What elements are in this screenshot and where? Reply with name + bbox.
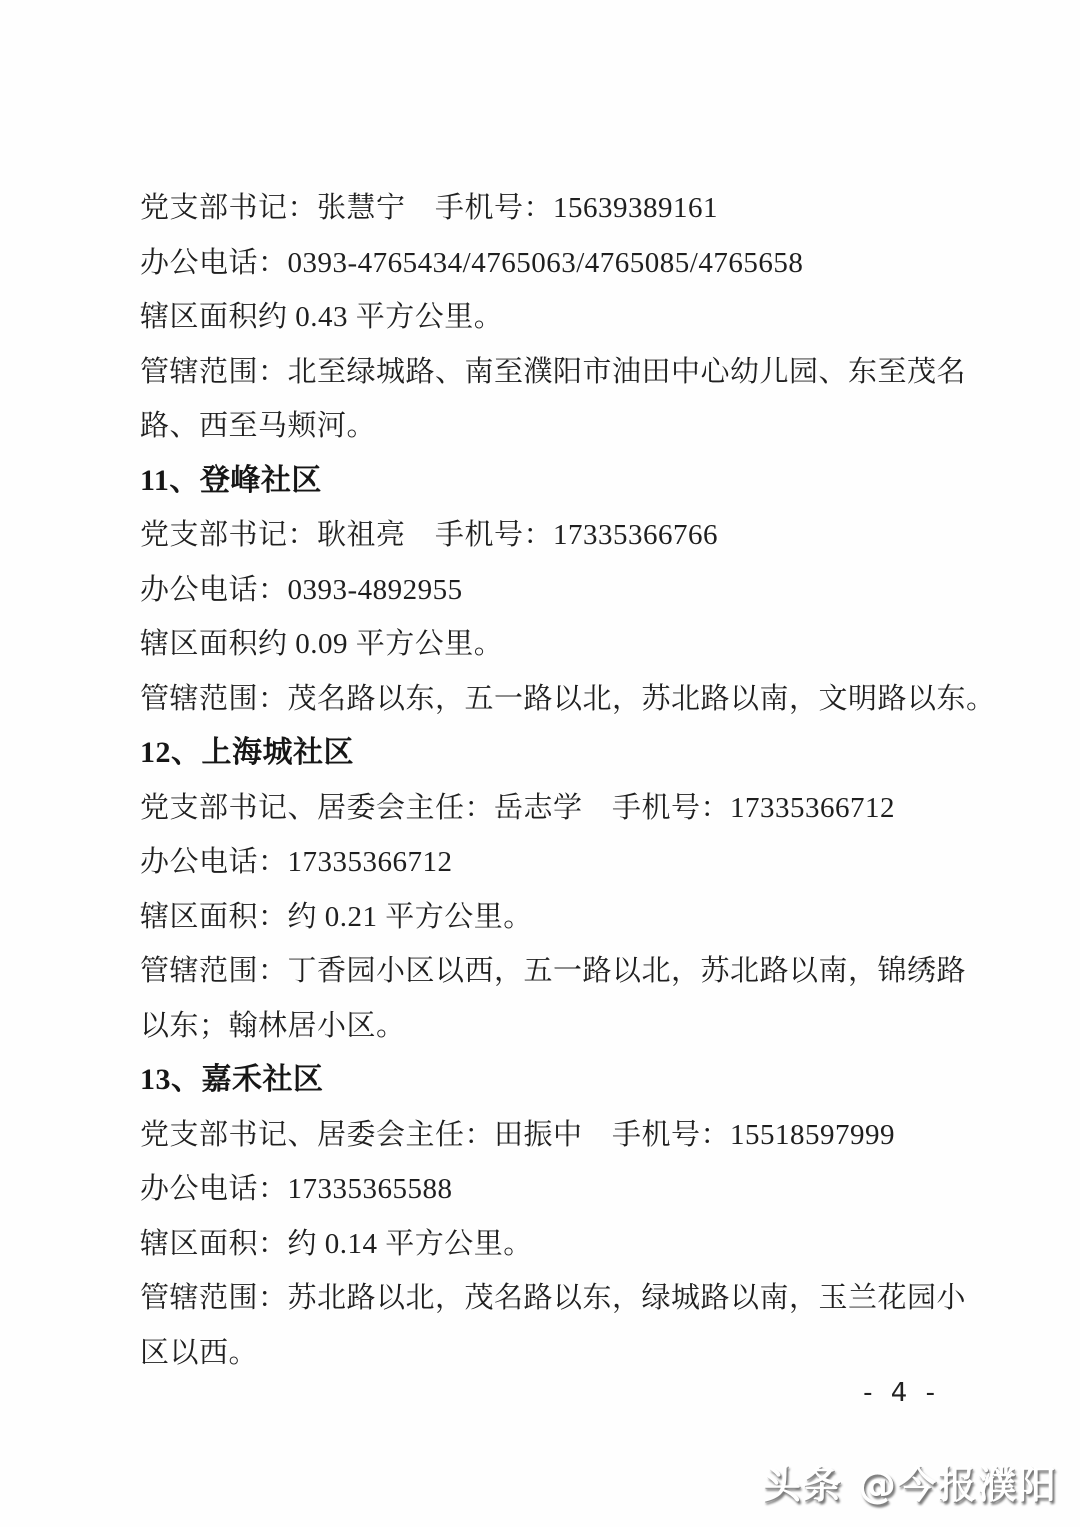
text-line: 党支部书记：张慧宁 手机号：15639389161	[140, 181, 962, 236]
section-heading: 13、嘉禾社区	[140, 1053, 962, 1108]
text-line: 管辖范围：北至绿城路、南至濮阳市油田中心幼儿园、东至茂名	[140, 345, 962, 400]
text-line: 管辖范围：丁香园小区以西，五一路以北，苏北路以南，锦绣路	[140, 944, 962, 999]
text-line: 辖区面积：约 0.21 平方公里。	[140, 890, 962, 945]
text-line: 办公电话：17335365588	[140, 1162, 962, 1217]
text-line: 辖区面积约 0.09 平方公里。	[140, 617, 962, 672]
section-heading: 12、上海城社区	[140, 726, 962, 781]
text-line: 路、西至马颊河。	[140, 399, 962, 454]
text-line: 办公电话：0393-4892955	[140, 563, 962, 618]
text-line: 辖区面积约 0.43 平方公里。	[140, 290, 962, 345]
page-number: - 4 -	[140, 1374, 940, 1412]
text-line: 管辖范围：茂名路以东，五一路以北，苏北路以南，文明路以东。	[140, 672, 962, 727]
text-line: 以东；翰林居小区。	[140, 999, 962, 1054]
document-body: 党支部书记：张慧宁 手机号：15639389161办公电话：0393-47654…	[140, 181, 962, 1380]
text-line: 办公电话：17335366712	[140, 835, 962, 890]
watermark-toutiao: 头条 @今报濮阳	[763, 1460, 1058, 1510]
document-page: { "page": { "background_color": "#fefefe…	[0, 0, 1080, 1527]
section-heading: 11、登峰社区	[140, 454, 962, 509]
text-line: 辖区面积：约 0.14 平方公里。	[140, 1217, 962, 1272]
page-background: 党支部书记：张慧宁 手机号：15639389161办公电话：0393-47654…	[0, 0, 1080, 1527]
text-line: 党支部书记：耿祖亮 手机号：17335366766	[140, 508, 962, 563]
text-line: 管辖范围：苏北路以北，茂名路以东，绿城路以南，玉兰花园小	[140, 1271, 962, 1326]
text-line: 党支部书记、居委会主任：岳志学 手机号：17335366712	[140, 781, 962, 836]
text-line: 办公电话：0393-4765434/4765063/4765085/476565…	[140, 236, 962, 291]
text-line: 党支部书记、居委会主任：田振中 手机号：15518597999	[140, 1108, 962, 1163]
text-line: 区以西。	[140, 1326, 962, 1381]
